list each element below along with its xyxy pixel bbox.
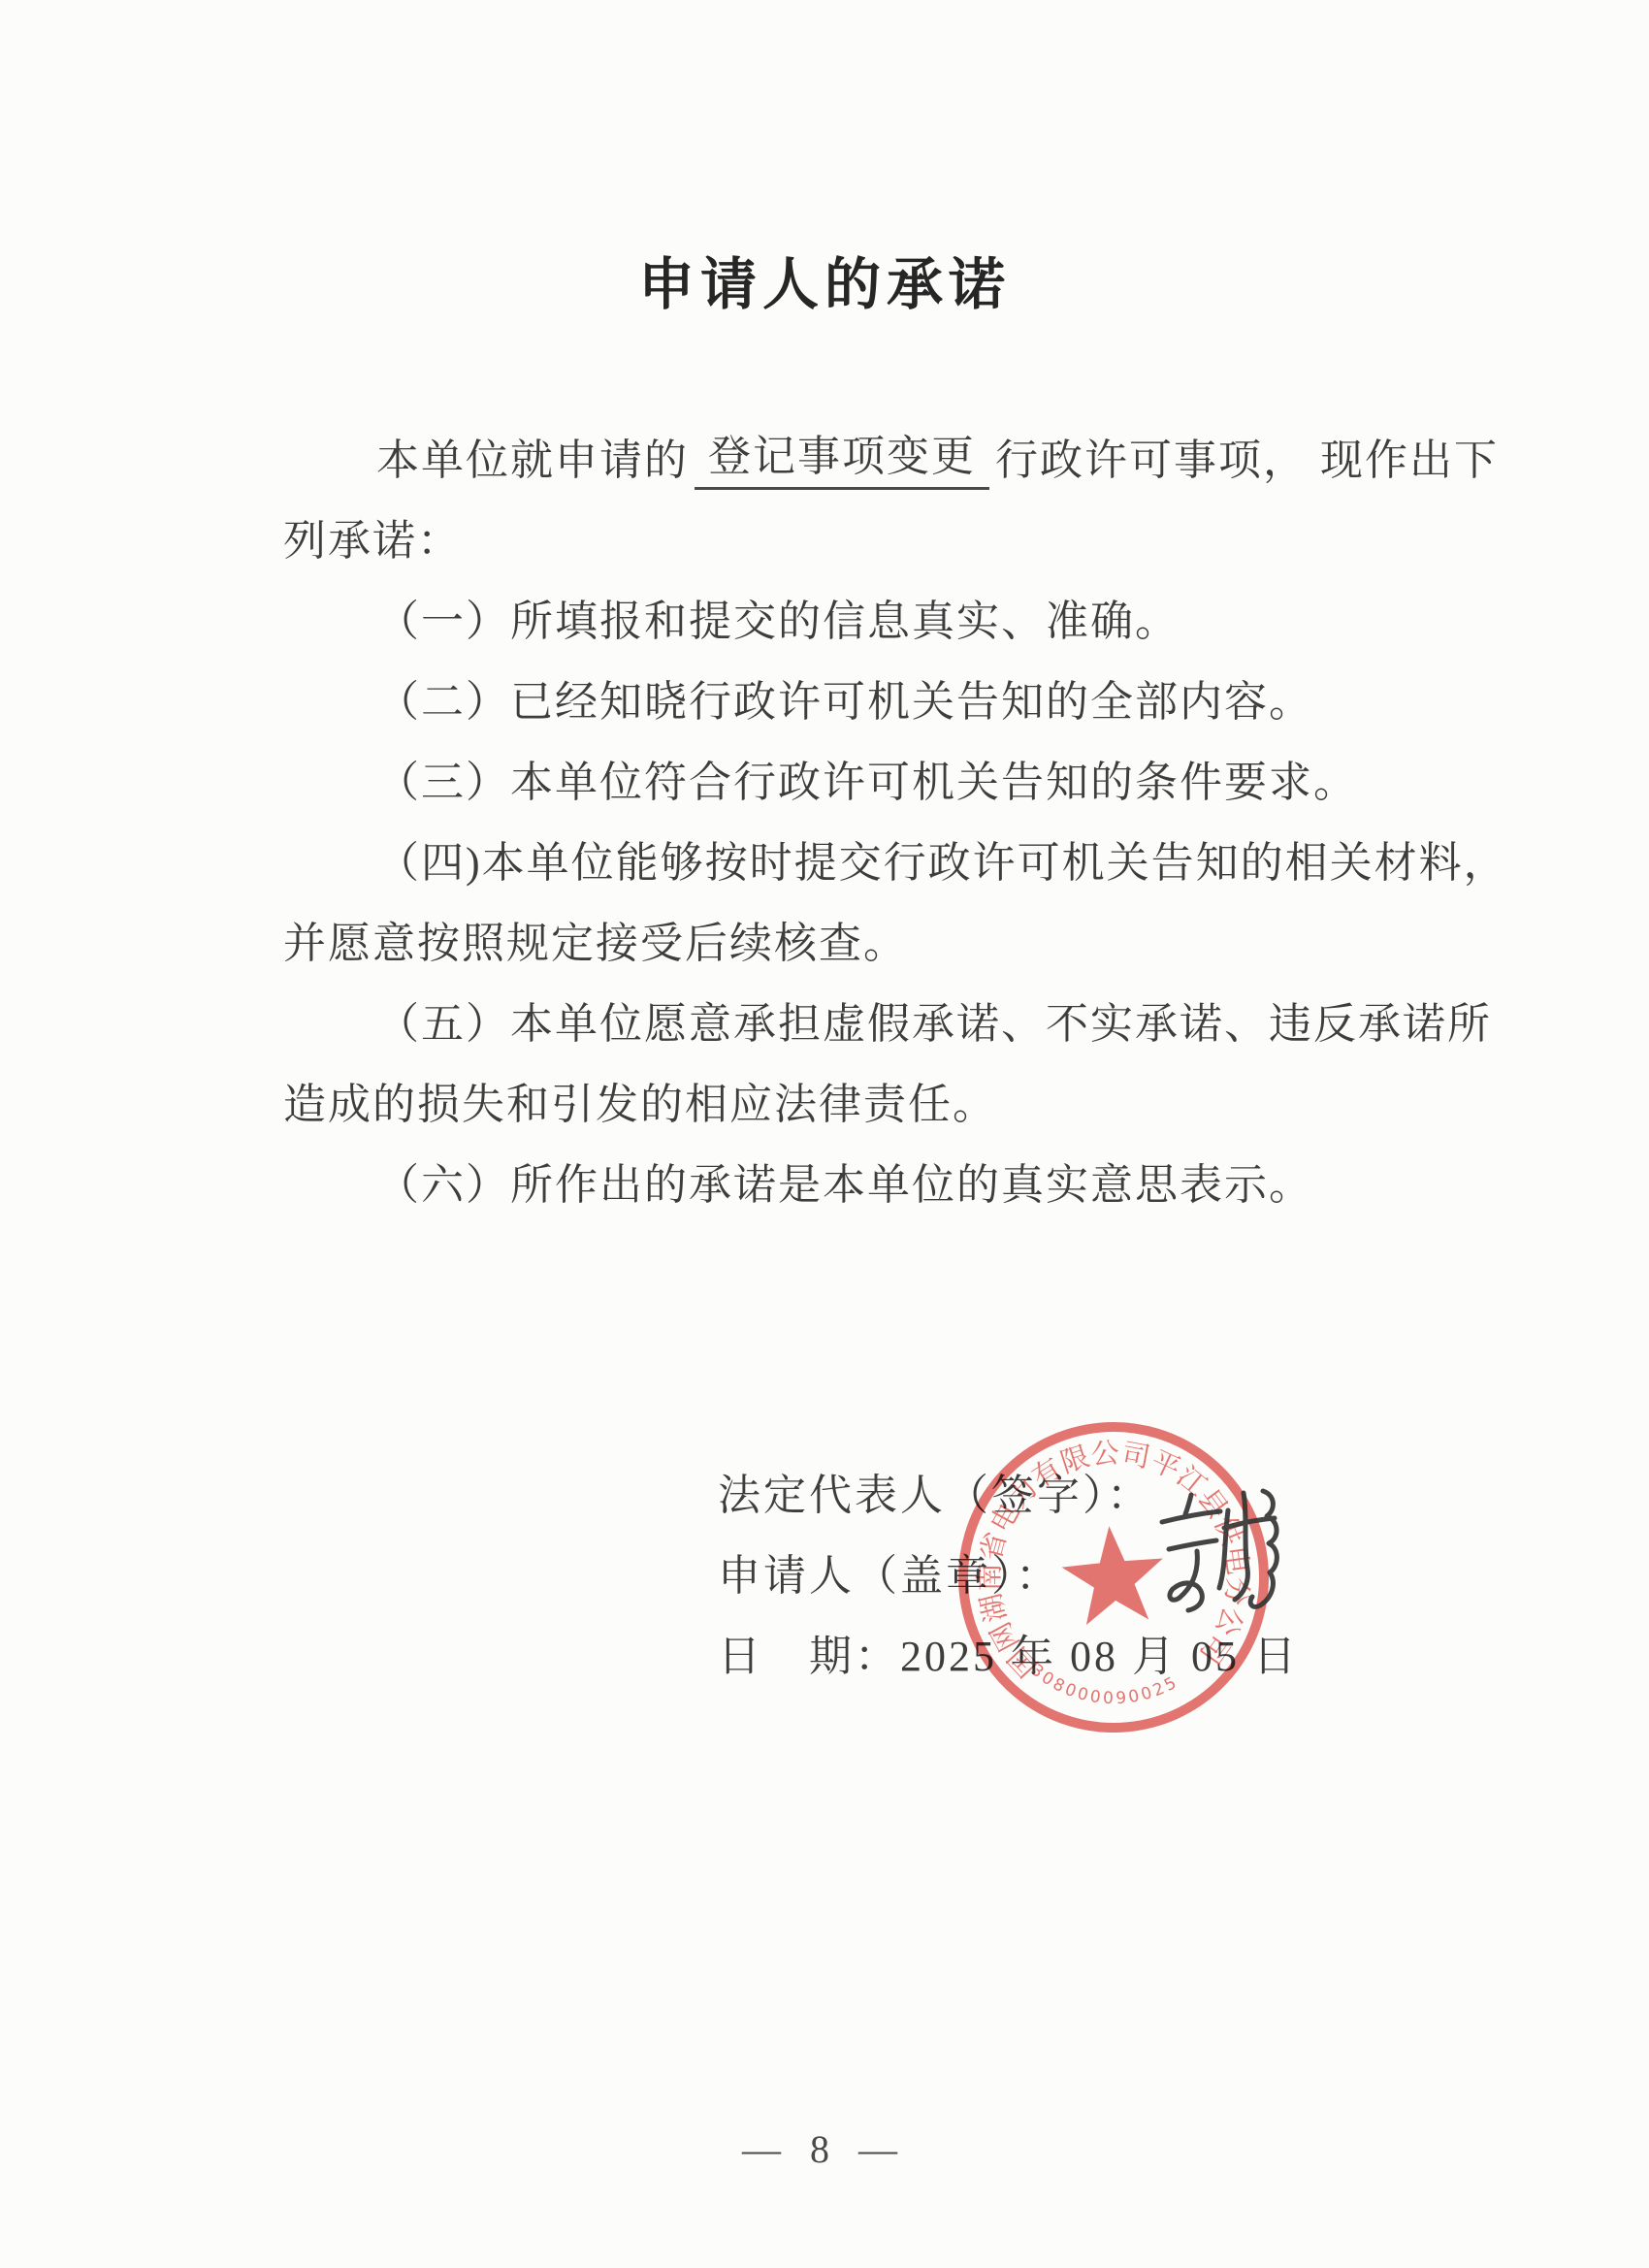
page-title: 申请人的承诺 bbox=[0, 250, 1649, 320]
intro-continuation-line: 列承诺： bbox=[283, 496, 1428, 576]
commitment-line-3: （三）本单位符合行政许可机关告知的条件要求。 bbox=[283, 737, 1428, 818]
intro-prefix: 本单位就申请的 bbox=[376, 425, 689, 487]
commitment-line-4-continuation: 并愿意按照规定接受后续核查。 bbox=[283, 898, 1428, 979]
commitment-line-5: （五）本单位愿意承担虚假承诺、不实承诺、违反承诺所 bbox=[283, 979, 1428, 1059]
commitment-line-4: （四)本单位能够按时提交行政许可机关告知的相关材料， bbox=[283, 818, 1428, 898]
commitment-line-5-continuation: 造成的损失和引发的相应法律责任。 bbox=[283, 1059, 1428, 1140]
commitment-line-6: （六）所作出的承诺是本单位的真实意思表示。 bbox=[283, 1140, 1428, 1220]
content-block: 本单位就申请的登记事项变更行政许可事项， 现作出下 列承诺： （一）所填报和提交… bbox=[283, 415, 1428, 1220]
intro-line: 本单位就申请的登记事项变更行政许可事项， 现作出下 bbox=[283, 415, 1428, 496]
intro-suffix: 行政许可事项， 现作出下 bbox=[995, 425, 1499, 487]
legal-representative-signature bbox=[1115, 1450, 1309, 1644]
scanned-document-page: 申请人的承诺 本单位就申请的登记事项变更行政许可事项， 现作出下 列承诺： （一… bbox=[0, 0, 1649, 2268]
underlined-field: 登记事项变更 bbox=[695, 421, 989, 490]
date-label: 日 期： bbox=[718, 1621, 900, 1683]
commitment-line-1: （一）所填报和提交的信息真实、准确。 bbox=[283, 576, 1428, 657]
seal-serial-number: 308000090025 bbox=[1025, 1648, 1183, 1716]
page-number: — 8 — bbox=[0, 2126, 1649, 2172]
commitment-line-2: （二）已经知晓行政许可机关告知的全部内容。 bbox=[283, 657, 1428, 737]
